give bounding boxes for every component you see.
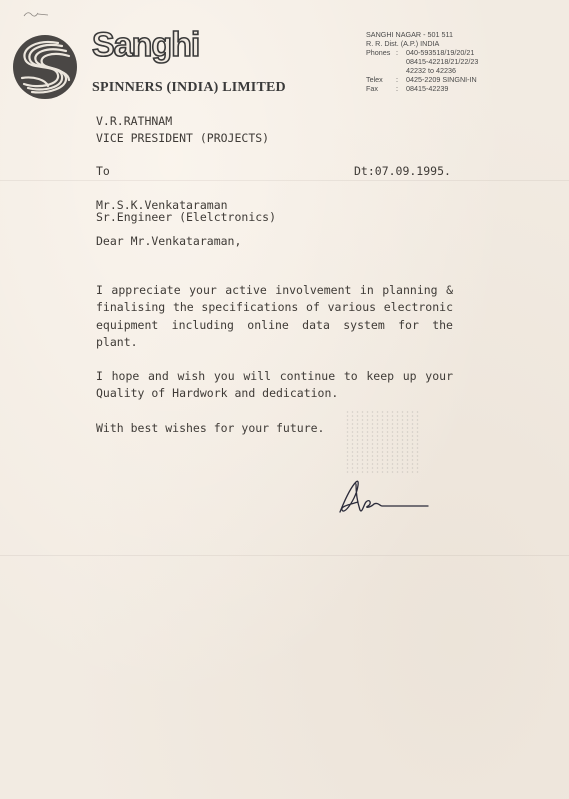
phone-number: 08415-42218/21/22/23 bbox=[366, 57, 478, 66]
address-line: R. R. Dist. (A.P.) INDIA bbox=[366, 39, 478, 48]
pencil-mark-icon bbox=[22, 8, 50, 20]
telex-label: Telex bbox=[366, 75, 396, 84]
paper-fold bbox=[0, 555, 569, 556]
body-line: I hope and wish you will continue to kee… bbox=[96, 368, 453, 385]
letter-date: Dt:07.09.1995. bbox=[354, 163, 451, 180]
fax-label: Fax bbox=[366, 84, 396, 93]
separator: : bbox=[396, 48, 406, 57]
body-paragraph-2: I hope and wish you will continue to kee… bbox=[96, 368, 453, 403]
body-line: I appreciate your active involvement in … bbox=[96, 282, 453, 299]
body-line: equipment including online data system f… bbox=[96, 317, 453, 334]
phones-label: Phones bbox=[366, 48, 396, 57]
phone-number: 42232 to 42236 bbox=[366, 66, 478, 75]
brand-name: Sanghi bbox=[92, 28, 199, 62]
contact-block: SANGHI NAGAR - 501 511 R. R. Dist. (A.P.… bbox=[366, 30, 478, 93]
company-name: SPINNERS (INDIA) LIMITED bbox=[92, 80, 286, 96]
separator: : bbox=[396, 75, 406, 84]
sender-name: V.R.RATHNAM bbox=[96, 114, 172, 128]
address-line: SANGHI NAGAR - 501 511 bbox=[366, 30, 478, 39]
body-line: plant. bbox=[96, 334, 453, 351]
separator: : bbox=[396, 84, 406, 93]
swirl-s-logo-icon bbox=[12, 34, 78, 100]
addressee-title: Sr.Engineer (Elelctronics) bbox=[96, 210, 276, 224]
body-line: Quality of Hardwork and dedication. bbox=[96, 385, 453, 402]
phone-number: 040-593518/19/20/21 bbox=[406, 48, 474, 57]
to-label: To bbox=[96, 163, 110, 180]
addressee-block: Mr.S.K.Venkataraman Sr.Engineer (Elelctr… bbox=[96, 199, 276, 223]
fax-number: 08415-42239 bbox=[406, 84, 448, 93]
body-line: finalising the specifications of various… bbox=[96, 299, 453, 316]
salutation: Dear Mr.Venkataraman, bbox=[96, 233, 241, 250]
telex-number: 0425-2209 SINGNI-IN bbox=[406, 75, 477, 84]
body-paragraph-1: I appreciate your active involvement in … bbox=[96, 282, 453, 352]
sender-title: VICE PRESIDENT (PROJECTS) bbox=[96, 131, 269, 145]
handwritten-signature-icon bbox=[334, 474, 434, 518]
paper-fold bbox=[0, 180, 569, 181]
faded-stamp bbox=[345, 410, 420, 475]
sender-block: V.R.RATHNAM VICE PRESIDENT (PROJECTS) bbox=[96, 113, 269, 148]
